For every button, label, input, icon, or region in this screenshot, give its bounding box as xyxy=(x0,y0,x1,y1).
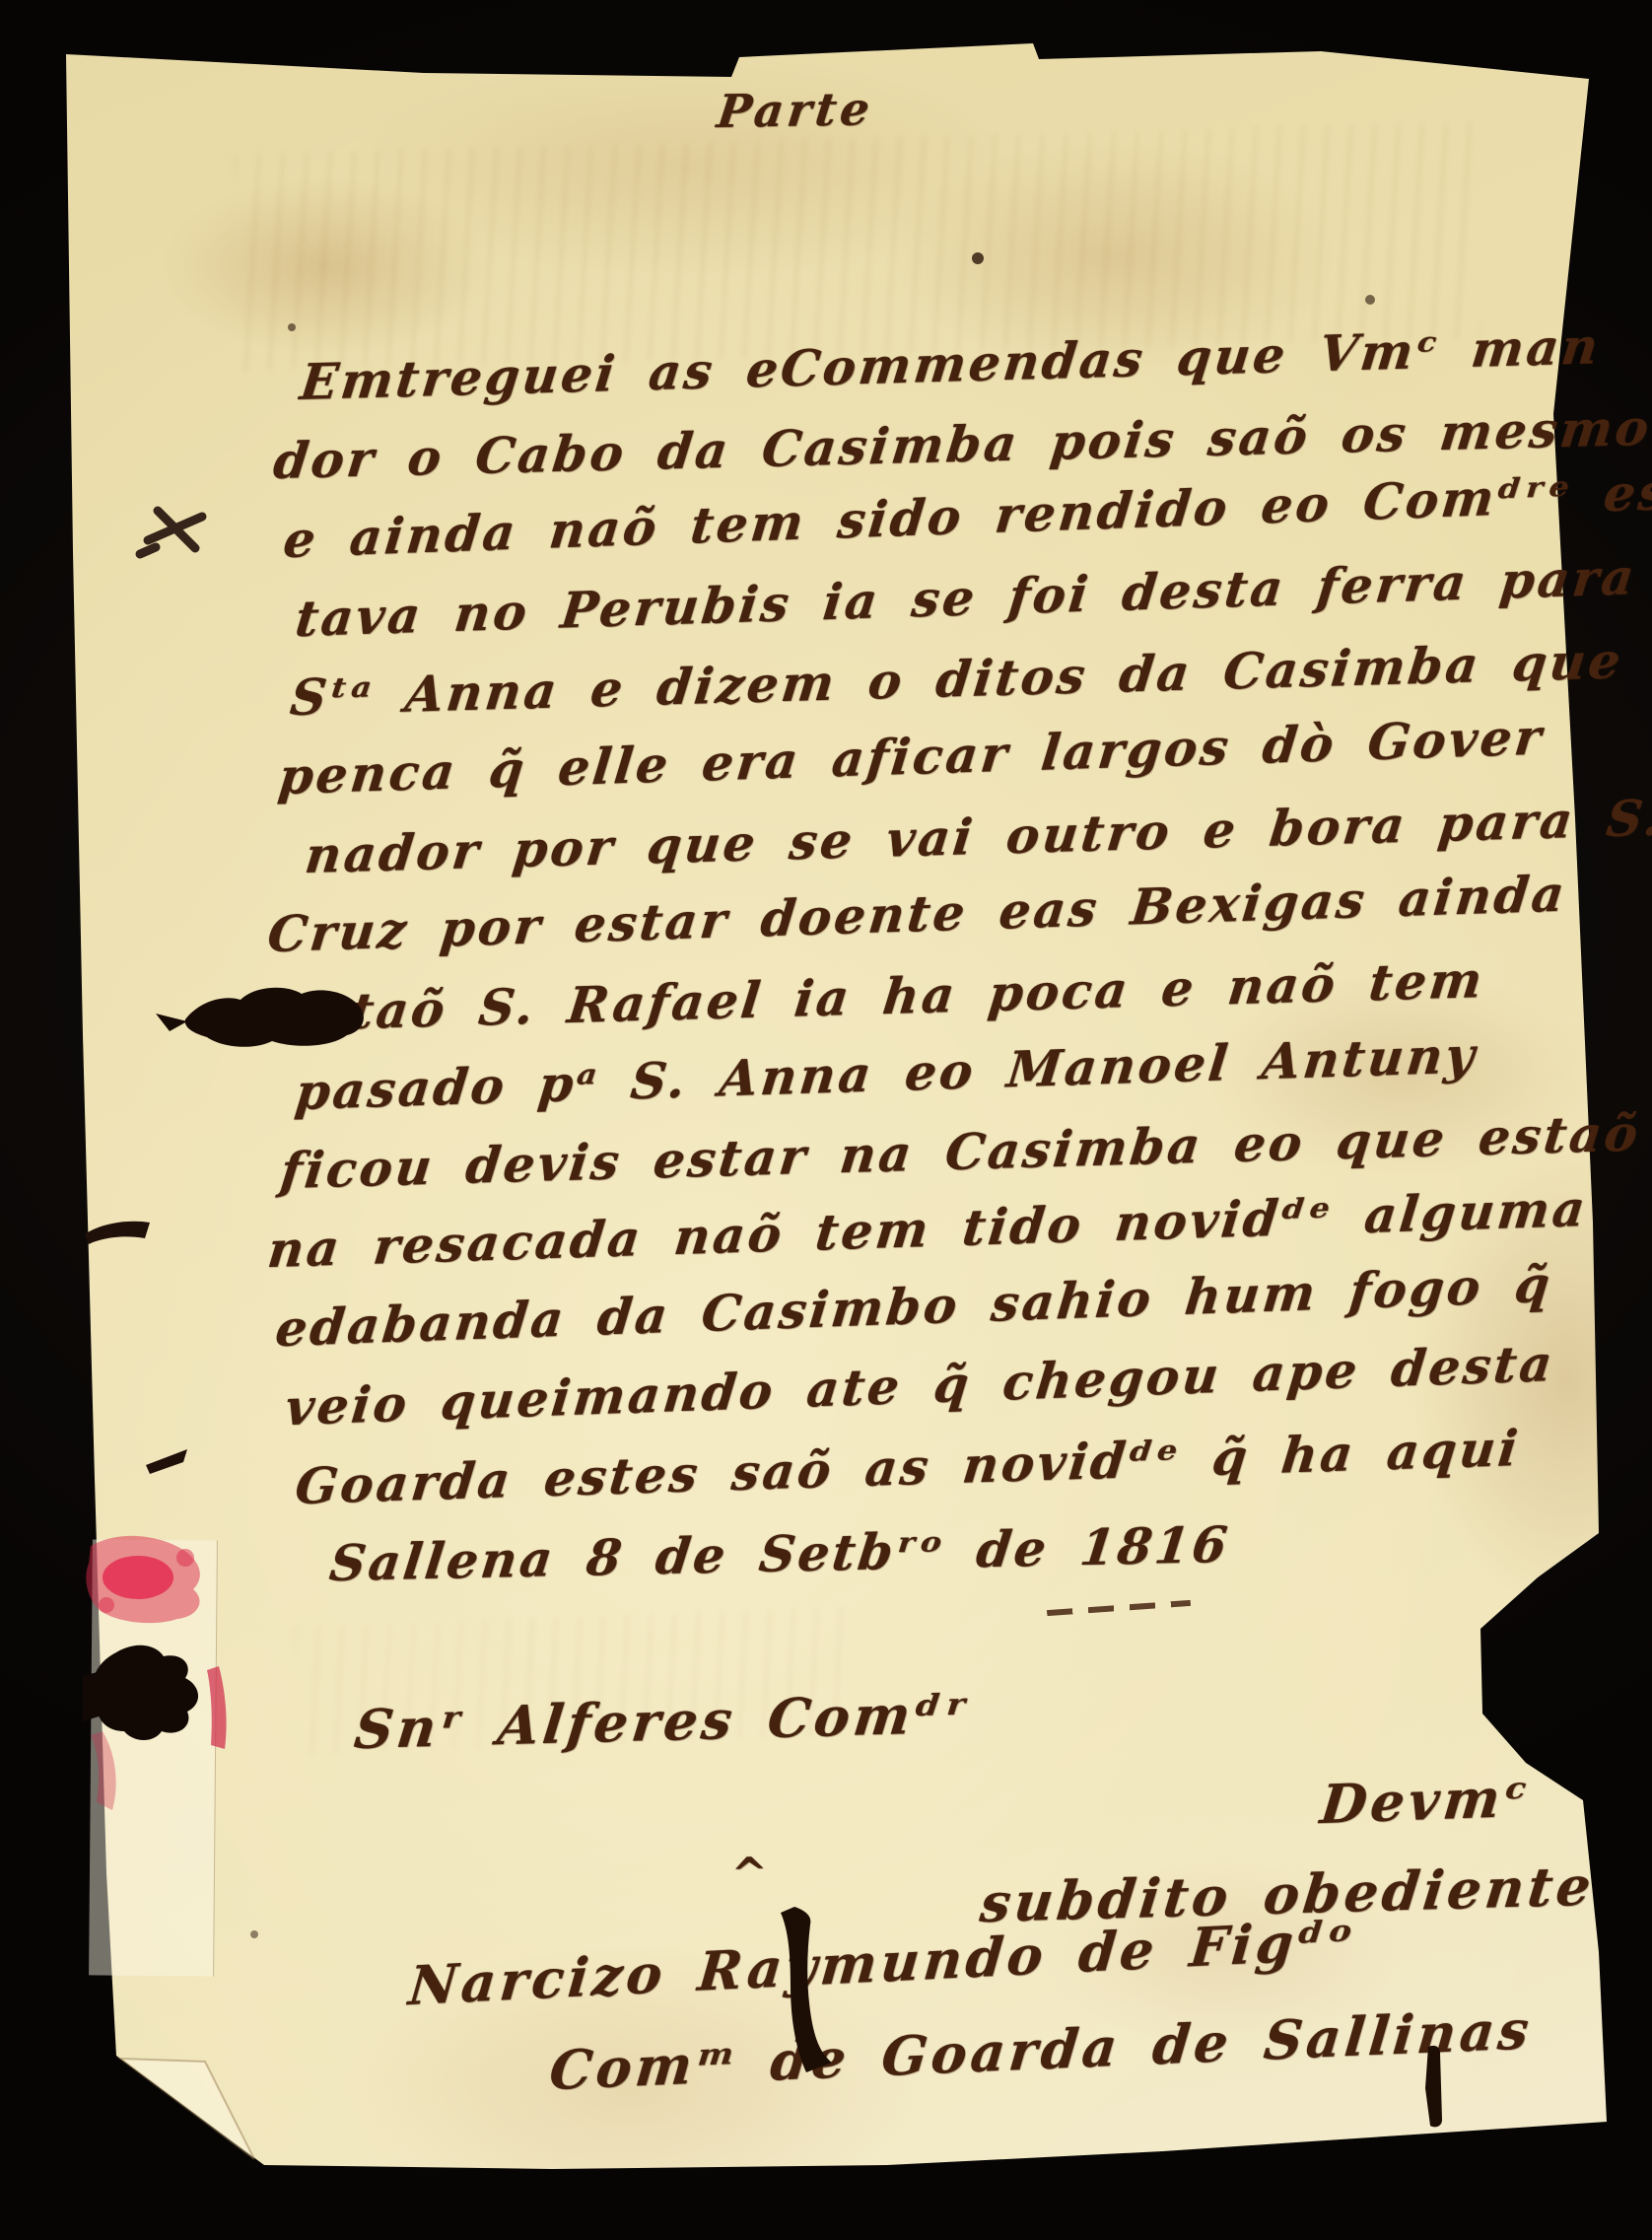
paper-slip-patch xyxy=(89,1539,218,1976)
insert-caret-mark: ^ xyxy=(730,1849,769,1900)
letter-valediction: Devmᶜ xyxy=(1318,1765,1534,1836)
letter-photograph: Parte Emtreguei as eCommendas que Vmᶜ ma… xyxy=(0,0,1652,2240)
letter-heading: Parte xyxy=(715,82,877,138)
